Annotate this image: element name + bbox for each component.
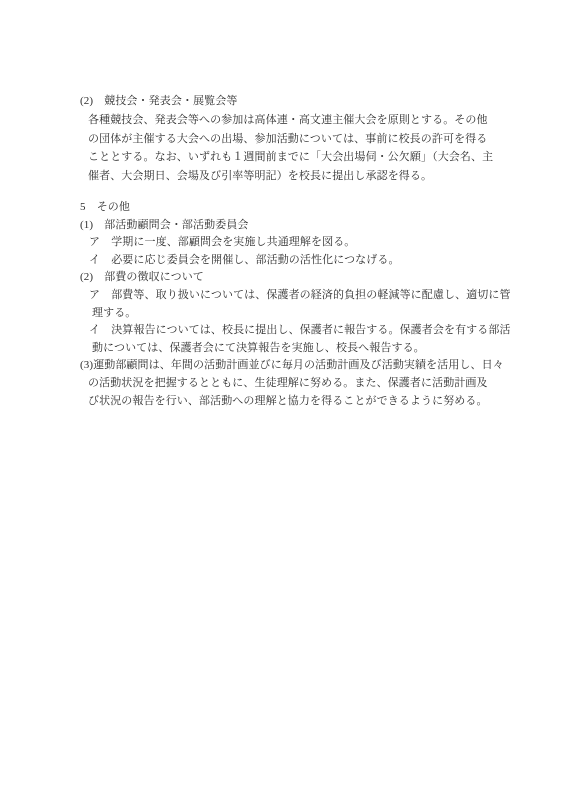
text-line: 動については、保護者会にて決算報告を実施し、校長へ報告する。 bbox=[80, 340, 525, 358]
text-line: (2) 競技会・発表会・展覧会等 bbox=[80, 92, 525, 111]
text-line: (2) 部費の徴収について bbox=[80, 269, 525, 287]
document-text: (2) 競技会・発表会・展覧会等各種競技会、発表会等への参加は高体連・高文連主催… bbox=[80, 92, 525, 410]
text-line: ア 部費等、取り扱いについては、保護者の経済的負担の軽減等に配慮し、適切に管 bbox=[80, 287, 525, 305]
text-line: 催者、大会期日、会場及び引率等明記）を校長に提出し承認を得る。 bbox=[80, 167, 525, 186]
text-line: 理する。 bbox=[80, 305, 525, 323]
text-line: 各種競技会、発表会等への参加は高体連・高文連主催大会を原則とする。その他 bbox=[80, 111, 525, 130]
other-section: 5 その他(1) 部活動顧問会・部活動委員会ア 学期に一度、部顧問会を実施し共通… bbox=[80, 199, 525, 410]
competitions-section: (2) 競技会・発表会・展覧会等各種競技会、発表会等への参加は高体連・高文連主催… bbox=[80, 92, 525, 186]
text-line: ア 学期に一度、部顧問会を実施し共通理解を図る。 bbox=[80, 234, 525, 252]
text-line: の活動状況を把握するとともに、生徒理解に努める。また、保護者に活動計画及 bbox=[80, 375, 525, 393]
text-line: 5 その他 bbox=[80, 199, 525, 217]
text-line: こととする。なお、いずれも１週間前までに「大会出場伺・公欠願」（大会名、主 bbox=[80, 148, 525, 167]
text-line: (1) 部活動顧問会・部活動委員会 bbox=[80, 217, 525, 235]
document-page: (2) 競技会・発表会・展覧会等各種競技会、発表会等への参加は高体連・高文連主催… bbox=[0, 0, 566, 800]
text-line: び状況の報告を行い、部活動への理解と協力を得ることができるように努める。 bbox=[80, 393, 525, 411]
text-line: (3)運動部顧問は、年間の活動計画並びに毎月の活動計画及び活動実績を活用し、日々 bbox=[80, 357, 525, 375]
text-line: イ 必要に応じ委員会を開催し、部活動の活性化につなげる。 bbox=[80, 252, 525, 270]
text-line: イ 決算報告については、校長に提出し、保護者に報告する。保護者会を有する部活 bbox=[80, 322, 525, 340]
text-line: の団体が主催する大会への出場、参加活動については、事前に校長の許可を得る bbox=[80, 130, 525, 149]
